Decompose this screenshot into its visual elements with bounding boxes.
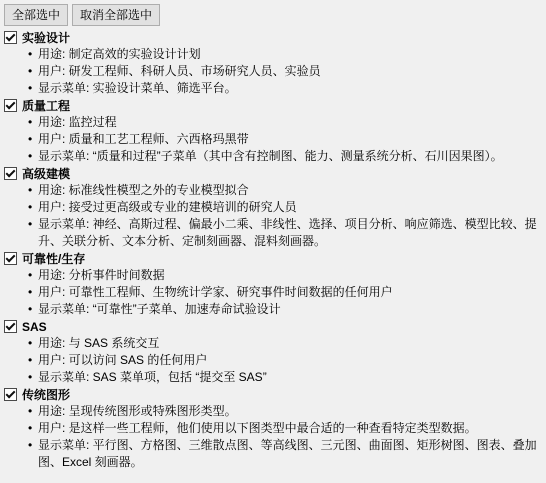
module-title: 质量工程 [22, 97, 70, 114]
module-bullet-list: 用途: 呈现传统图形或特殊图形类型。用户: 是这样一些工程师，他们使用以下图类型… [0, 403, 546, 471]
module-bullet: 用户: 可以访问 SAS 的任何用户 [28, 352, 538, 369]
module-bullet: 用途: 分析事件时间数据 [28, 267, 538, 284]
module-title: 实验设计 [22, 29, 70, 46]
module-checkbox[interactable] [4, 320, 17, 333]
module-bullet: 用途: 呈现传统图形或特殊图形类型。 [28, 403, 538, 420]
module-bullet: 显示菜单: 神经、高斯过程、偏最小二乘、非线性、选择、项目分析、响应筛选、模型比… [28, 216, 538, 250]
module-title: SAS [22, 320, 47, 334]
module-section: 高级建模 用途: 标准线性模型之外的专业模型拟合用户: 接受过更高级或专业的建模… [0, 165, 546, 250]
module-header: 实验设计 [0, 29, 546, 46]
module-bullet: 显示菜单: 平行图、方格图、三维散点图、等高线图、三元图、曲面图、矩形树图、图表… [28, 437, 538, 471]
module-checkbox[interactable] [4, 252, 17, 265]
select-all-button[interactable]: 全部选中 [4, 4, 68, 26]
module-bullet: 显示菜单: 实验设计菜单、筛选平台。 [28, 80, 538, 97]
module-header: 质量工程 [0, 97, 546, 114]
module-bullet: 用途: 监控过程 [28, 114, 538, 131]
module-bullet: 显示菜单: “可靠性”子菜单、加速寿命试验设计 [28, 301, 538, 318]
module-checkbox[interactable] [4, 99, 17, 112]
module-header: 传统图形 [0, 386, 546, 403]
module-header: SAS [0, 318, 546, 335]
module-bullet-list: 用途: 与 SAS 系统交互用户: 可以访问 SAS 的任何用户显示菜单: SA… [0, 335, 546, 386]
module-list: 实验设计 用途: 制定高效的实验设计计划用户: 研发工程师、科研人员、市场研究人… [0, 29, 546, 471]
module-bullet: 用途: 制定高效的实验设计计划 [28, 46, 538, 63]
module-section: 质量工程 用途: 监控过程用户: 质量和工艺工程师、六西格玛黑带显示菜单: “质… [0, 97, 546, 165]
module-bullet: 用户: 接受过更高级或专业的建模培训的研究人员 [28, 199, 538, 216]
module-bullet: 用户: 可靠性工程师、生物统计学家、研究事件时间数据的任何用户 [28, 284, 538, 301]
module-bullet: 用户: 是这样一些工程师，他们使用以下图类型中最合适的一种查看特定类型数据。 [28, 420, 538, 437]
module-bullet: 用途: 与 SAS 系统交互 [28, 335, 538, 352]
module-bullet-list: 用途: 制定高效的实验设计计划用户: 研发工程师、科研人员、市场研究人员、实验员… [0, 46, 546, 97]
module-header: 高级建模 [0, 165, 546, 182]
module-bullet: 用户: 质量和工艺工程师、六西格玛黑带 [28, 131, 538, 148]
module-section: 实验设计 用途: 制定高效的实验设计计划用户: 研发工程师、科研人员、市场研究人… [0, 29, 546, 97]
module-section: 可靠性/生存 用途: 分析事件时间数据用户: 可靠性工程师、生物统计学家、研究事… [0, 250, 546, 318]
module-bullet: 用途: 标准线性模型之外的专业模型拟合 [28, 182, 538, 199]
module-title: 可靠性/生存 [22, 250, 85, 267]
module-bullet: 显示菜单: “质量和过程”子菜单（其中含有控制图、能力、测量系统分析、石川因果图… [28, 148, 538, 165]
module-section: 传统图形 用途: 呈现传统图形或特殊图形类型。用户: 是这样一些工程师，他们使用… [0, 386, 546, 471]
module-bullet-list: 用途: 监控过程用户: 质量和工艺工程师、六西格玛黑带显示菜单: “质量和过程”… [0, 114, 546, 165]
deselect-all-button[interactable]: 取消全部选中 [72, 4, 160, 26]
module-bullet-list: 用途: 分析事件时间数据用户: 可靠性工程师、生物统计学家、研究事件时间数据的任… [0, 267, 546, 318]
module-bullet: 用户: 研发工程师、科研人员、市场研究人员、实验员 [28, 63, 538, 80]
module-checkbox[interactable] [4, 388, 17, 401]
toolbar: 全部选中 取消全部选中 [0, 0, 546, 29]
module-section: SAS 用途: 与 SAS 系统交互用户: 可以访问 SAS 的任何用户显示菜单… [0, 318, 546, 386]
module-bullet-list: 用途: 标准线性模型之外的专业模型拟合用户: 接受过更高级或专业的建模培训的研究… [0, 182, 546, 250]
module-title: 传统图形 [22, 386, 70, 403]
module-checkbox[interactable] [4, 167, 17, 180]
module-title: 高级建模 [22, 165, 70, 182]
module-checkbox[interactable] [4, 31, 17, 44]
module-bullet: 显示菜单: SAS 菜单项，包括 “提交至 SAS” [28, 369, 538, 386]
module-header: 可靠性/生存 [0, 250, 546, 267]
